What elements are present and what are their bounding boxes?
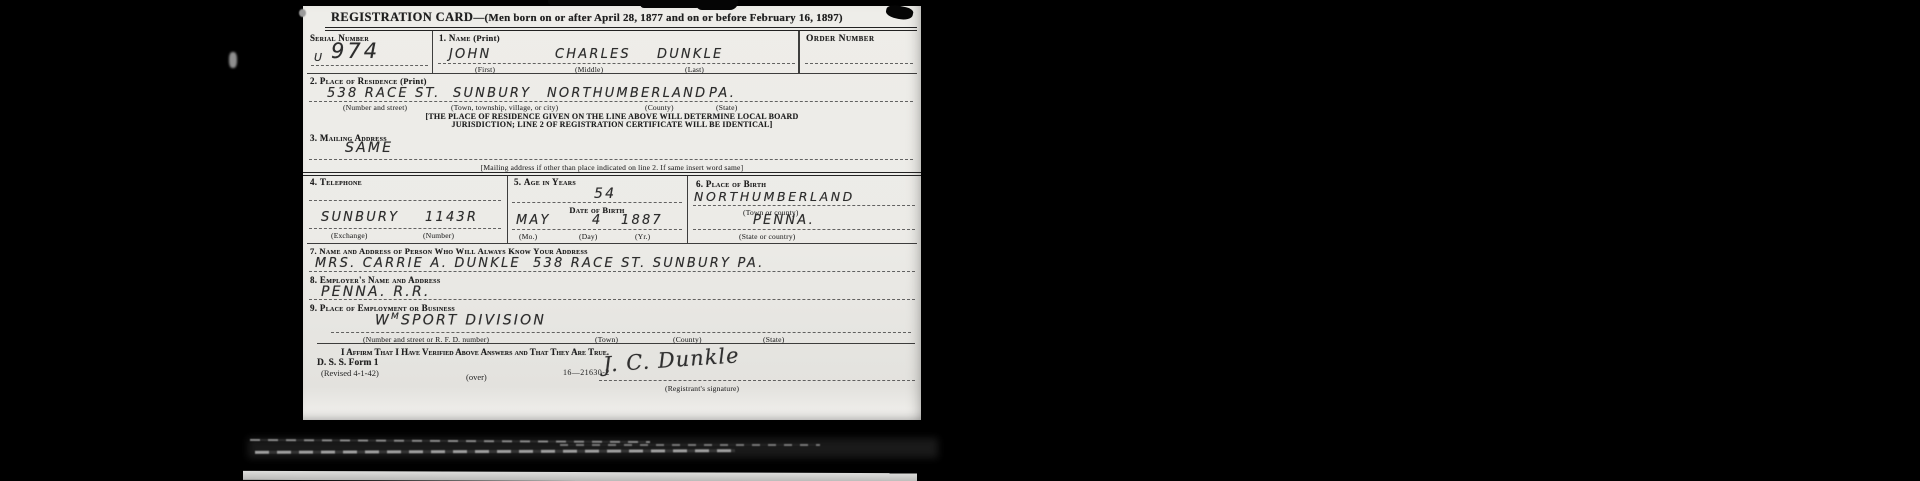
contact-label: 7. Name and Address of Person Who Will A… xyxy=(310,246,588,256)
contact-address-value: 538 RACE ST. SUNBURY PA. xyxy=(533,256,765,271)
birthplace-state-sublabel: (State or country) xyxy=(739,232,796,241)
employment-value: WMSPORT DIVISION xyxy=(375,312,546,329)
telephone-dotted-line xyxy=(309,228,501,229)
top-left-speck xyxy=(299,9,306,17)
contact-name-value: MRS. CARRIE A. DUNKLE xyxy=(315,256,521,271)
employer-dotted-line xyxy=(309,299,915,300)
telephone-label-text: Telephone xyxy=(320,177,362,187)
name-first-value: JOHN xyxy=(449,47,491,62)
affirmation-text: I Affirm That I Have Verified Above Answ… xyxy=(341,347,609,357)
employment-dotted-line xyxy=(331,332,911,333)
residence-town-sublabel: (Town, township, village, or city) xyxy=(451,103,558,112)
age-label-text: Age in Years xyxy=(524,177,576,187)
next-card-edge xyxy=(243,471,917,481)
order-number-dotted-line xyxy=(805,63,913,64)
residence-county-value: NORTHUMBERLAND xyxy=(547,86,707,101)
employment-value-sup: M xyxy=(391,312,401,322)
dob-year-sublabel: (Yr.) xyxy=(635,232,650,241)
form-number: D. S. S. Form 1 xyxy=(317,358,379,368)
residence-label-text: Place of Residence xyxy=(320,76,398,86)
signature-sublabel: (Registrant's signature) xyxy=(665,384,739,393)
dob-dotted-line xyxy=(512,229,682,230)
dob-day-value: 4 xyxy=(592,213,602,228)
divider-age-birthplace xyxy=(687,175,688,243)
registration-card: REGISTRATION CARD—(Men born on or after … xyxy=(303,6,921,420)
affirmation-top-rule xyxy=(317,343,915,344)
residence-town-value: SUNBURY xyxy=(453,86,531,101)
contact-label-number: 7. xyxy=(310,246,317,256)
telephone-exchange-sublabel: (Exchange) xyxy=(331,231,368,240)
birthplace-label-text: Place of Birth xyxy=(706,179,766,189)
residence-label-hint: (Print) xyxy=(400,76,427,86)
telephone-blank-line xyxy=(309,200,501,201)
birthplace-label-number: 6. xyxy=(696,179,703,189)
residence-street-value: 538 RACE ST. xyxy=(327,86,440,101)
age-label: 5. Age in Years xyxy=(514,177,576,187)
residence-state-sublabel: (State) xyxy=(716,103,737,112)
registrant-signature: J. C. Dunkle xyxy=(602,343,740,376)
telephone-exchange-value: SUNBURY xyxy=(321,210,399,225)
telephone-number-value: 1143R xyxy=(425,210,478,225)
mailing-value: SAME xyxy=(345,140,393,156)
employment-label-number: 9. xyxy=(310,303,317,313)
contact-label-text: Name and Address of Person Who Will Alwa… xyxy=(319,246,587,256)
birthplace-town-dotted-line xyxy=(693,205,915,206)
scratch-band xyxy=(245,434,955,464)
employment-value-w: W xyxy=(375,313,391,329)
name-last-value: DUNKLE xyxy=(657,47,723,62)
residence-dotted-line xyxy=(309,101,913,102)
form-revision: (Revised 4-1-42) xyxy=(321,368,379,378)
name-label-text: Name xyxy=(449,33,471,43)
order-number-label: Order Number xyxy=(806,34,875,44)
card-header: REGISTRATION CARD—(Men born on or after … xyxy=(331,10,843,25)
serial-prefix-value: U xyxy=(314,51,324,64)
birthplace-town-value: NORTHUMBERLAND xyxy=(694,189,855,204)
left-edge-speck xyxy=(229,52,237,68)
contact-dotted-line xyxy=(309,271,915,272)
mailing-dotted-line xyxy=(309,159,913,160)
serial-dotted-line xyxy=(311,65,428,66)
name-label: 1. Name (Print) xyxy=(439,33,500,43)
dob-month-sublabel: (Mo.) xyxy=(519,232,537,241)
employer-label-number: 8. xyxy=(310,275,317,285)
mailing-hint: [Mailing address if other than place ind… xyxy=(303,163,921,172)
telephone-label-number: 4. xyxy=(310,177,317,187)
birthplace-label: 6. Place of Birth xyxy=(696,179,766,189)
residence-state-value: PA. xyxy=(709,86,736,101)
divider-name-order xyxy=(798,30,800,73)
name-dotted-line xyxy=(438,63,795,64)
section-4-top-rule xyxy=(303,172,921,176)
scratch-line-3 xyxy=(560,444,820,446)
telephone-number-sublabel: (Number) xyxy=(423,231,454,240)
age-label-number: 5. xyxy=(514,177,521,187)
header-rule xyxy=(325,27,917,31)
over-note: (over) xyxy=(466,372,487,382)
residence-street-sublabel: (Number and street) xyxy=(343,103,407,112)
serial-number-value: 974 xyxy=(331,39,380,63)
row1-bottom-rule xyxy=(307,73,917,74)
name-label-number: 1. xyxy=(439,33,446,43)
card-title-suffix: —(Men born on or after April 28, 1877 an… xyxy=(473,12,842,24)
card-title: REGISTRATION CARD xyxy=(331,10,473,24)
mailing-label-number: 3. xyxy=(310,133,317,143)
employment-value-rest: SPORT DIVISION xyxy=(401,313,546,329)
residence-label-number: 2. xyxy=(310,76,317,86)
divider-serial-name xyxy=(432,30,433,73)
torn-edge-strip-end xyxy=(696,0,738,10)
birthplace-state-dotted-line xyxy=(693,229,915,230)
birthplace-state-value: PENNA. xyxy=(753,213,815,228)
dob-day-sublabel: (Day) xyxy=(579,232,598,241)
residence-county-sublabel: (County) xyxy=(645,103,674,112)
signature-dotted-line xyxy=(599,380,915,381)
residence-notice-line2: JURISDICTION; LINE 2 OF REGISTRATION CER… xyxy=(303,120,921,129)
torn-edge-strip-mid xyxy=(640,0,702,8)
dob-month-value: MAY xyxy=(516,213,551,228)
residence-label: 2. Place of Residence (Print) xyxy=(310,76,427,86)
employer-value: PENNA. R.R. xyxy=(321,284,431,300)
telephone-label: 4. Telephone xyxy=(310,177,362,187)
name-middle-value: CHARLES xyxy=(555,47,631,62)
section-6-bottom-rule xyxy=(307,243,917,244)
name-label-hint: (Print) xyxy=(473,33,500,43)
age-dotted-line xyxy=(512,202,682,203)
scan-viewer: REGISTRATION CARD—(Men born on or after … xyxy=(0,0,1920,481)
dob-year-value: 1887 xyxy=(621,213,663,228)
age-value: 54 xyxy=(594,186,616,202)
